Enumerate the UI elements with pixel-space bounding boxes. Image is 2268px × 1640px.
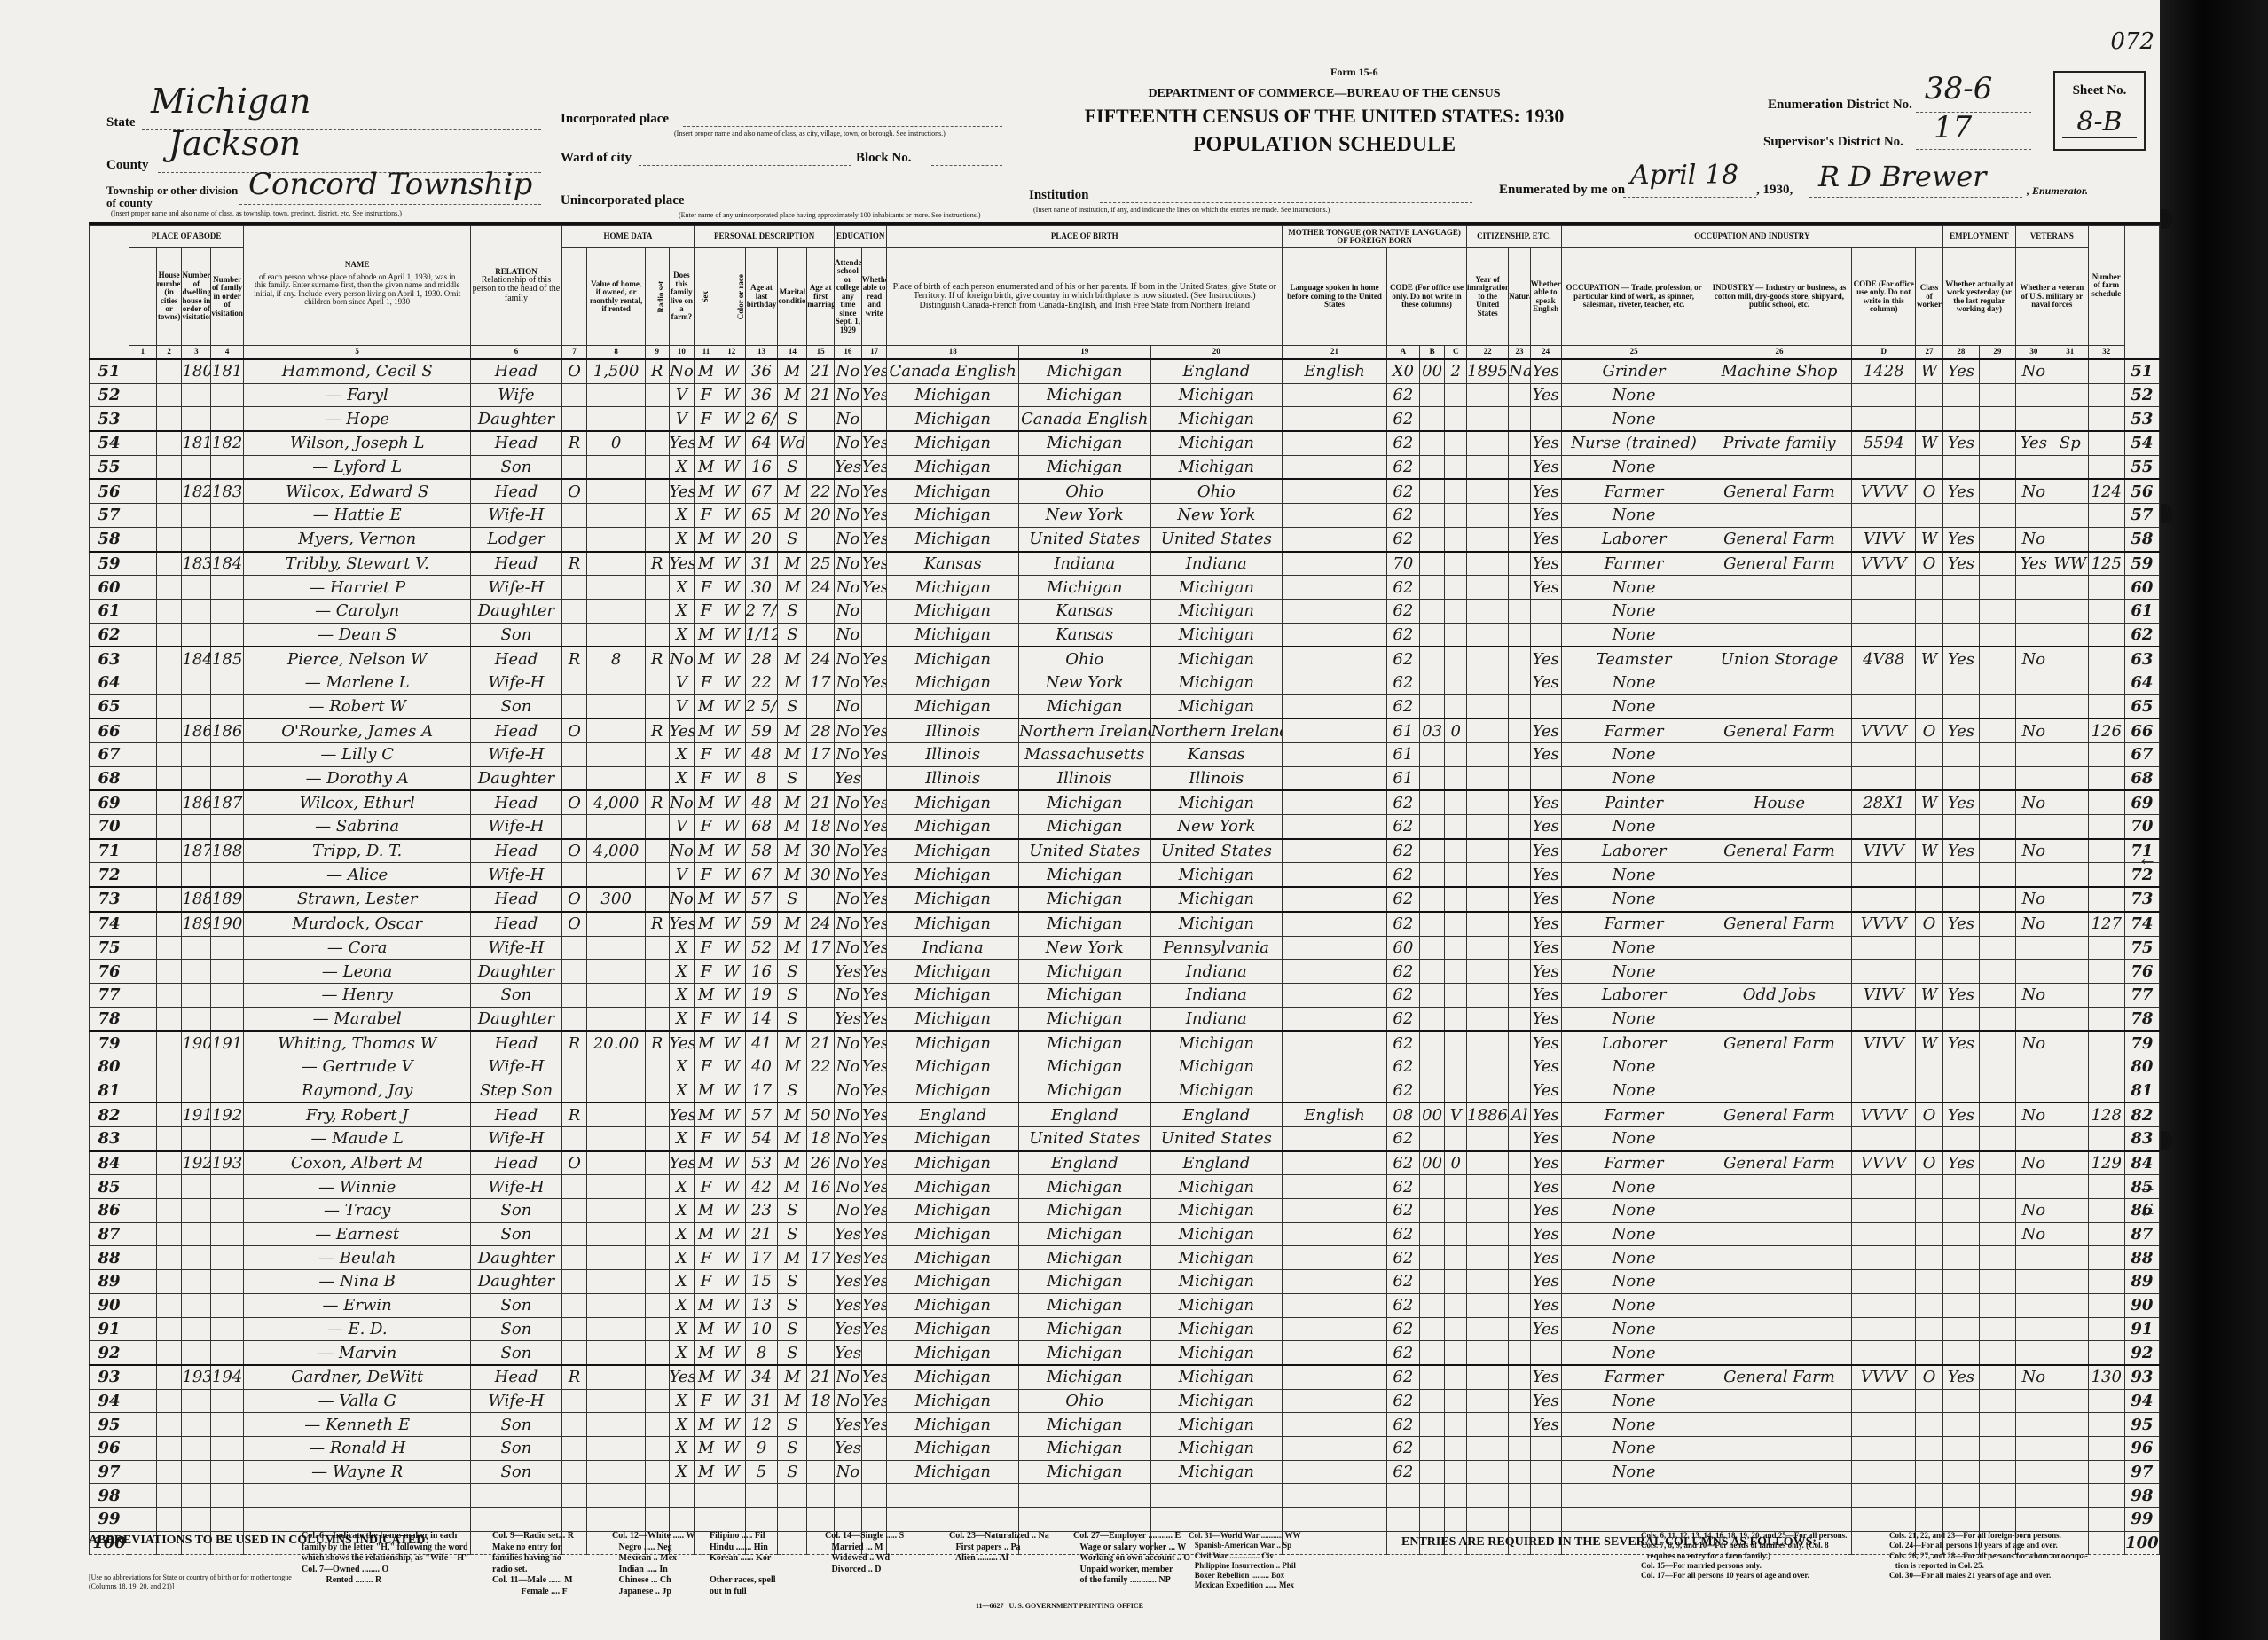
farm-schedule-number: 128	[2088, 1102, 2124, 1126]
birthplace-father: Michigan	[1018, 694, 1150, 718]
marital-status: S	[778, 407, 807, 431]
mother-tongue	[1283, 576, 1387, 600]
age-first-marriage: 30	[807, 863, 835, 887]
line-number: 83	[90, 1127, 129, 1151]
line-number: 86	[90, 1199, 129, 1223]
line-number-right: 81	[2124, 1079, 2159, 1102]
person-name: Gardner, DeWitt	[244, 1365, 471, 1389]
unemployment-line	[1979, 623, 2015, 647]
line-number-right: 68	[2124, 766, 2159, 790]
farm: X	[669, 1007, 695, 1031]
age-first-marriage: 17	[807, 671, 835, 694]
radio-set	[645, 1413, 669, 1437]
war	[2052, 1389, 2088, 1413]
family-number	[211, 1246, 244, 1270]
sex: M	[695, 1293, 718, 1317]
veteran	[2015, 1246, 2052, 1270]
enumerated-label: Enumerated by me on	[1499, 183, 1625, 198]
person-name: — Hope	[244, 407, 471, 431]
birthplace-person: Michigan	[887, 455, 1019, 479]
personal-header: PERSONAL DESCRIPTION	[695, 226, 835, 248]
marital-status: S	[778, 1436, 807, 1460]
birthplace-person: Michigan	[887, 1175, 1019, 1199]
table-row: 88— BeulahDaughterXFW17M17YesYesMichigan…	[90, 1246, 2160, 1270]
code-c	[1445, 479, 1467, 503]
home-owned	[561, 455, 587, 479]
home-value	[587, 912, 646, 936]
radio-set	[645, 1365, 669, 1389]
immigration-year	[1467, 479, 1509, 503]
unemployment-line	[1979, 839, 2015, 863]
birthplace-person: Michigan	[887, 1413, 1019, 1437]
home-value	[587, 407, 646, 431]
radio-set: R	[645, 359, 669, 383]
birthplace-father: Michigan	[1018, 576, 1150, 600]
veteran	[2015, 623, 2052, 647]
birth-desc: Place of birth of each person enumerated…	[887, 248, 1283, 346]
code-c	[1445, 431, 1467, 455]
veteran: No	[2015, 1102, 2052, 1126]
person-name: — Beulah	[244, 1246, 471, 1270]
column-number: 9	[645, 346, 669, 360]
employment-desc: Whether actually at work yesterday (or t…	[1942, 248, 2015, 346]
marital-status: M	[778, 1365, 807, 1389]
unemployment-line	[1979, 1175, 2015, 1199]
age: 8	[745, 766, 778, 790]
code-b: 00	[1419, 1102, 1445, 1126]
immigration-year	[1467, 887, 1509, 912]
birthplace-father: Michigan	[1018, 983, 1150, 1007]
family-number	[211, 1079, 244, 1102]
occupation-code	[1852, 383, 1916, 407]
radio-set	[645, 1317, 669, 1341]
race: W	[718, 1199, 745, 1223]
class-of-worker	[1916, 1389, 1943, 1413]
birthplace-father: Michigan	[1018, 1246, 1150, 1270]
naturalization	[1509, 671, 1531, 694]
person-name: Coxon, Albert M	[244, 1151, 471, 1175]
read-write	[861, 1341, 887, 1365]
industry	[1707, 743, 1852, 767]
code-a: 62	[1386, 912, 1419, 936]
code-c	[1445, 671, 1467, 694]
radio-set	[645, 743, 669, 767]
unemployment-line	[1979, 1102, 2015, 1126]
speaks-english: Yes	[1530, 527, 1561, 551]
person-name: Pierce, Nelson W	[244, 647, 471, 671]
house-number-cell	[156, 839, 182, 863]
age-first-marriage: 21	[807, 359, 835, 383]
occupation-code	[1852, 1079, 1916, 1102]
war	[2052, 1365, 2088, 1389]
birthplace-mother: Indiana	[1150, 983, 1283, 1007]
unemployment-line	[1979, 694, 2015, 718]
line-number-right: 74	[2124, 912, 2159, 936]
family-number	[211, 1436, 244, 1460]
code-c	[1445, 1031, 1467, 1055]
birthplace-father: Michigan	[1018, 960, 1150, 984]
veteran	[2015, 1007, 2052, 1031]
speaks-english: Yes	[1530, 479, 1561, 503]
farm-schedule-number	[2088, 766, 2124, 790]
at-work	[1942, 1484, 1979, 1508]
house-number-cell	[156, 1484, 182, 1508]
at-work	[1942, 1127, 1979, 1151]
line-number-right: 64	[2124, 671, 2159, 694]
birthplace-father: New York	[1018, 504, 1150, 528]
relation: Head	[471, 718, 561, 742]
mother-tongue	[1283, 1007, 1387, 1031]
speaks-english	[1530, 599, 1561, 623]
class-of-worker: W	[1916, 647, 1943, 671]
race: W	[718, 1317, 745, 1341]
name-header: NAMEof each person whose place of abode …	[244, 226, 471, 346]
occupation-code	[1852, 1007, 1916, 1031]
immigration-year	[1467, 960, 1509, 984]
column-number: 8	[587, 346, 646, 360]
relation: Head	[471, 1365, 561, 1389]
birthplace-mother: Michigan	[1150, 599, 1283, 623]
house-number-cell	[156, 863, 182, 887]
code-a: 62	[1386, 1293, 1419, 1317]
school: No	[835, 1055, 862, 1079]
sex: M	[695, 694, 718, 718]
farm: X	[669, 936, 695, 960]
ed-label: Enumeration District No.	[1768, 98, 1912, 113]
table-row: 97— Wayne RSonXMW5SNoMichiganMichiganMic…	[90, 1460, 2160, 1484]
col-industry: INDUSTRY — Industry or business, as cott…	[1707, 248, 1852, 346]
sex: F	[695, 936, 718, 960]
occupation: None	[1561, 455, 1707, 479]
relation: Wife-H	[471, 743, 561, 767]
class-of-worker	[1916, 1341, 1943, 1365]
industry	[1707, 599, 1852, 623]
class-of-worker	[1916, 694, 1943, 718]
farm-schedule-number	[2088, 623, 2124, 647]
mother-tongue	[1283, 1127, 1387, 1151]
occupation: None	[1561, 1389, 1707, 1413]
industry	[1707, 1127, 1852, 1151]
col-dwelling: Number of dwelling house in order of vis…	[182, 248, 211, 346]
birthplace-father	[1018, 1484, 1150, 1508]
school: No	[835, 359, 862, 383]
home-value	[587, 1270, 646, 1294]
unemployment-line	[1979, 1127, 2015, 1151]
code-a: 62	[1386, 455, 1419, 479]
dwelling-number: 188	[182, 887, 211, 912]
occupation: Farmer	[1561, 912, 1707, 936]
dwelling-number: 190	[182, 1031, 211, 1055]
age-first-marriage: 21	[807, 1031, 835, 1055]
relation: Son	[471, 694, 561, 718]
school: No	[835, 599, 862, 623]
home-value: 4,000	[587, 790, 646, 814]
class-of-worker	[1916, 1222, 1943, 1246]
war	[2052, 1151, 2088, 1175]
home-value: 300	[587, 887, 646, 912]
unemployment-line	[1979, 743, 2015, 767]
footer-instructions: ABBREVIATIONS TO BE USED IN COLUMNS INDI…	[89, 1524, 2160, 1621]
code-b	[1419, 527, 1445, 551]
sex: M	[695, 455, 718, 479]
printer-mark: 11—6627 U. S. GOVERNMENT PRINTING OFFICE	[976, 1602, 1143, 1611]
industry	[1707, 1484, 1852, 1508]
home-owned: R	[561, 1102, 587, 1126]
street-cell	[129, 1270, 157, 1294]
farm-schedule-number: 125	[2088, 552, 2124, 576]
person-name: Whiting, Thomas W	[244, 1031, 471, 1055]
table-row: 55— Lyford LSonXMW16SYesYesMichiganMichi…	[90, 455, 2160, 479]
unemployment-line	[1979, 1317, 2015, 1341]
birthplace-mother: New York	[1150, 815, 1283, 839]
unemployment-line	[1979, 383, 2015, 407]
person-name: — Valla G	[244, 1389, 471, 1413]
class-of-worker	[1916, 1079, 1943, 1102]
col23-abbr: Col. 23—Naturalized .. Na First papers .…	[949, 1531, 1049, 1565]
code-a: 62	[1386, 1007, 1419, 1031]
code-b	[1419, 1270, 1445, 1294]
street-cell	[129, 766, 157, 790]
table-row: 94— Valla GWife-HXFW31M18NoYesMichiganOh…	[90, 1389, 2160, 1413]
age-first-marriage	[807, 455, 835, 479]
unemployment-line	[1979, 1413, 2015, 1437]
house-number-cell	[156, 1007, 182, 1031]
read-write: Yes	[861, 359, 887, 383]
unemployment-line	[1979, 863, 2015, 887]
unemployment-line	[1979, 647, 2015, 671]
street-cell	[129, 1007, 157, 1031]
table-row: 90— ErwinSonXMW13SYesYesMichiganMichigan…	[90, 1293, 2160, 1317]
marital-status: M	[778, 576, 807, 600]
occupation-code	[1852, 407, 1916, 431]
race: W	[718, 1270, 745, 1294]
veteran	[2015, 1079, 2052, 1102]
education-header: EDUCATION	[835, 226, 887, 248]
at-work	[1942, 936, 1979, 960]
code-b	[1419, 1341, 1445, 1365]
farm-schedule-number	[2088, 1270, 2124, 1294]
industry	[1707, 1341, 1852, 1365]
age: 31	[745, 552, 778, 576]
line-number-right: 65	[2124, 694, 2159, 718]
race: W	[718, 1102, 745, 1126]
mother-tongue	[1283, 1055, 1387, 1079]
school: Yes	[835, 1436, 862, 1460]
radio-set: R	[645, 718, 669, 742]
street-cell	[129, 1413, 157, 1437]
birthplace-person: Michigan	[887, 887, 1019, 912]
birthplace-mother: Illinois	[1150, 766, 1283, 790]
relation: Wife-H	[471, 576, 561, 600]
age-first-marriage: 22	[807, 1055, 835, 1079]
column-number: 29	[1979, 346, 2015, 360]
code-a: 62	[1386, 504, 1419, 528]
race: W	[718, 1127, 745, 1151]
occupation-code	[1852, 1246, 1916, 1270]
age-first-marriage: 26	[807, 1151, 835, 1175]
veteran	[2015, 576, 2052, 600]
table-row: 77— HenrySonXMW19SNoYesMichiganMichiganI…	[90, 983, 2160, 1007]
code-b	[1419, 1007, 1445, 1031]
class-of-worker: O	[1916, 552, 1943, 576]
col-farm: Does this family live on a farm?	[669, 248, 695, 346]
marital-status: M	[778, 1389, 807, 1413]
code-a: 62	[1386, 1460, 1419, 1484]
school: No	[835, 407, 862, 431]
speaks-english: Yes	[1530, 936, 1561, 960]
birthplace-person: Canada English	[887, 359, 1019, 383]
read-write: Yes	[861, 431, 887, 455]
school	[835, 1484, 862, 1508]
occupation: None	[1561, 1436, 1707, 1460]
code-b	[1419, 1127, 1445, 1151]
age-first-marriage	[807, 599, 835, 623]
code-c	[1445, 1007, 1467, 1031]
code-b	[1419, 694, 1445, 718]
race: W	[718, 1055, 745, 1079]
race: W	[718, 359, 745, 383]
birthplace-person: Michigan	[887, 1389, 1019, 1413]
person-name: — Leona	[244, 960, 471, 984]
code-b: 03	[1419, 718, 1445, 742]
column-number: 18	[887, 346, 1019, 360]
col-speak-english: Whether able to speak English	[1530, 248, 1561, 346]
speaks-english: Yes	[1530, 1127, 1561, 1151]
family-number	[211, 1270, 244, 1294]
marital-status: M	[778, 815, 807, 839]
immigration-year	[1467, 1199, 1509, 1223]
naturalization	[1509, 718, 1531, 742]
mother-tongue	[1283, 383, 1387, 407]
veteran: No	[2015, 479, 2052, 503]
home-owned	[561, 936, 587, 960]
column-number: A	[1386, 346, 1419, 360]
line-number: 71	[90, 839, 129, 863]
line-number: 91	[90, 1317, 129, 1341]
immigration-year	[1467, 936, 1509, 960]
relation: Wife-H	[471, 1127, 561, 1151]
person-name: — Henry	[244, 983, 471, 1007]
immigration-year	[1467, 527, 1509, 551]
house-number-cell	[156, 718, 182, 742]
line-number: 58	[90, 527, 129, 551]
family-number	[211, 694, 244, 718]
radio-set	[645, 383, 669, 407]
incorporated-note: (Insert proper name and also name of cla…	[674, 129, 946, 137]
code-b	[1419, 743, 1445, 767]
line-number-right: 83	[2124, 1127, 2159, 1151]
farm-schedule-number	[2088, 1436, 2124, 1460]
entries-required-2: Cols. 21, 22, and 23—For all foreign-bor…	[1889, 1531, 2088, 1581]
table-row: 71187188Tripp, D. T.HeadO4,000NoMW58M30N…	[90, 839, 2160, 863]
sex: M	[695, 552, 718, 576]
at-work	[1942, 960, 1979, 984]
industry	[1707, 766, 1852, 790]
birthplace-mother: Michigan	[1150, 671, 1283, 694]
school: No	[835, 552, 862, 576]
unemployment-line	[1979, 504, 2015, 528]
home-owned	[561, 1436, 587, 1460]
line-number-right: 57	[2124, 504, 2159, 528]
relation: Wife-H	[471, 504, 561, 528]
person-name: — Dorothy A	[244, 766, 471, 790]
read-write: Yes	[861, 647, 887, 671]
home-owned	[561, 1341, 587, 1365]
speaks-english: Yes	[1530, 1079, 1561, 1102]
mother-tongue	[1283, 790, 1387, 814]
farm: Yes	[669, 718, 695, 742]
naturalization	[1509, 1293, 1531, 1317]
speaks-english: Yes	[1530, 552, 1561, 576]
marital-status: S	[778, 1079, 807, 1102]
occupation-code	[1852, 694, 1916, 718]
code-a: 62	[1386, 599, 1419, 623]
col12b-abbr: Filipino ..... Fil Hindu ....... Hin Kor…	[710, 1531, 776, 1597]
line-number: 90	[90, 1293, 129, 1317]
immigration-year	[1467, 383, 1509, 407]
war	[2052, 671, 2088, 694]
column-number: B	[1419, 346, 1445, 360]
unemployment-line	[1979, 552, 2015, 576]
occupation: Laborer	[1561, 1031, 1707, 1055]
veteran: No	[2015, 1151, 2052, 1175]
industry	[1707, 383, 1852, 407]
birthplace-person: Michigan	[887, 504, 1019, 528]
house-number-cell	[156, 383, 182, 407]
home-owned	[561, 1413, 587, 1437]
farm: X	[669, 983, 695, 1007]
occupation: None	[1561, 1413, 1707, 1437]
line-number: 67	[90, 743, 129, 767]
industry	[1707, 1317, 1852, 1341]
code-a: 70	[1386, 552, 1419, 576]
race: W	[718, 1436, 745, 1460]
farm: No	[669, 647, 695, 671]
marital-status: M	[778, 671, 807, 694]
col-marital: Marital condition	[778, 248, 807, 346]
speaks-english	[1530, 1484, 1561, 1508]
sex: M	[695, 1031, 718, 1055]
occupation-code: VVVV	[1852, 1365, 1916, 1389]
relation: Head	[471, 431, 561, 455]
marital-status: M	[778, 1246, 807, 1270]
table-row: 70— SabrinaWife-HVFW68M18NoYesMichiganMi…	[90, 815, 2160, 839]
age: 52	[745, 936, 778, 960]
birthplace-mother: Michigan	[1150, 1293, 1283, 1317]
mother-tongue	[1283, 431, 1387, 455]
class-of-worker: O	[1916, 1151, 1943, 1175]
code-c	[1445, 815, 1467, 839]
code-header: CODE (For office use only. Do not write …	[1386, 248, 1466, 346]
farm: X	[669, 1079, 695, 1102]
read-write: Yes	[861, 527, 887, 551]
unemployment-line	[1979, 1222, 2015, 1246]
table-row: 53— HopeDaughterVFW2 6/12SNoMichiganCana…	[90, 407, 2160, 431]
dwelling-number: 183	[182, 552, 211, 576]
race: W	[718, 694, 745, 718]
dwelling-number	[182, 1293, 211, 1317]
code-b	[1419, 1389, 1445, 1413]
home-value	[587, 1293, 646, 1317]
immigration-year	[1467, 863, 1509, 887]
school: No	[835, 912, 862, 936]
schedule-title: POPULATION SCHEDULE	[1094, 133, 1555, 157]
farm: No	[669, 359, 695, 383]
line-number-right: 66	[2124, 718, 2159, 742]
unincorporated-note: (Enter name of any unincorporated place …	[679, 211, 981, 219]
war	[2052, 960, 2088, 984]
radio-set: R	[645, 790, 669, 814]
